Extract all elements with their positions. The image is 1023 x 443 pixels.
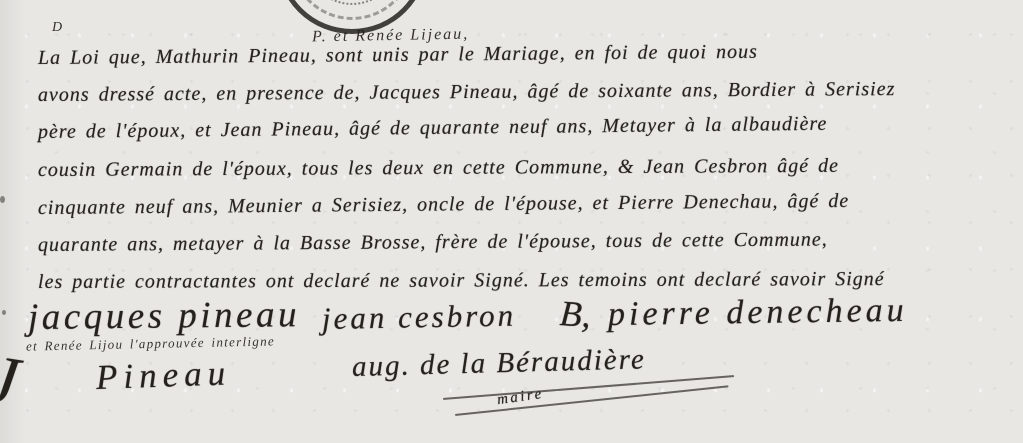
record-line: cousin Germain de l'époux, tous les deux…: [38, 155, 839, 182]
scan-artifact: [2, 310, 6, 315]
signature-jean-cesbron: jean cesbron: [322, 298, 517, 337]
signature-mayor: aug. de la Béraudière: [352, 343, 647, 384]
left-edge-paraph: J: [0, 338, 24, 421]
document-scan: D P. et Renée Lijeau, La Loi que, Mathur…: [0, 0, 1023, 443]
record-line: cinquante neuf ans, Meunier a Serisiez, …: [38, 190, 849, 220]
scan-artifact: [0, 196, 5, 203]
record-line: quarante ans, metayer à la Basse Brosse,…: [38, 228, 828, 257]
signature-flourish-line: [455, 385, 729, 415]
record-line: La Loi que, Mathurin Pineau, sont unis p…: [38, 41, 758, 70]
signature-pierre-denecheau: pierre denecheau: [608, 292, 908, 334]
signature-paraph: B,: [559, 292, 593, 336]
record-line: avons dressé acte, en presence de, Jacqu…: [38, 78, 896, 107]
record-line: les partie contractantes ont declaré ne …: [38, 268, 885, 294]
margin-mark: D: [52, 20, 62, 36]
signature-pineau: Pineau: [95, 353, 231, 398]
signature-jacques-pineau: jacques pineau: [28, 293, 300, 339]
record-line: père de l'époux, et Jean Pineau, âgé de …: [38, 113, 828, 144]
